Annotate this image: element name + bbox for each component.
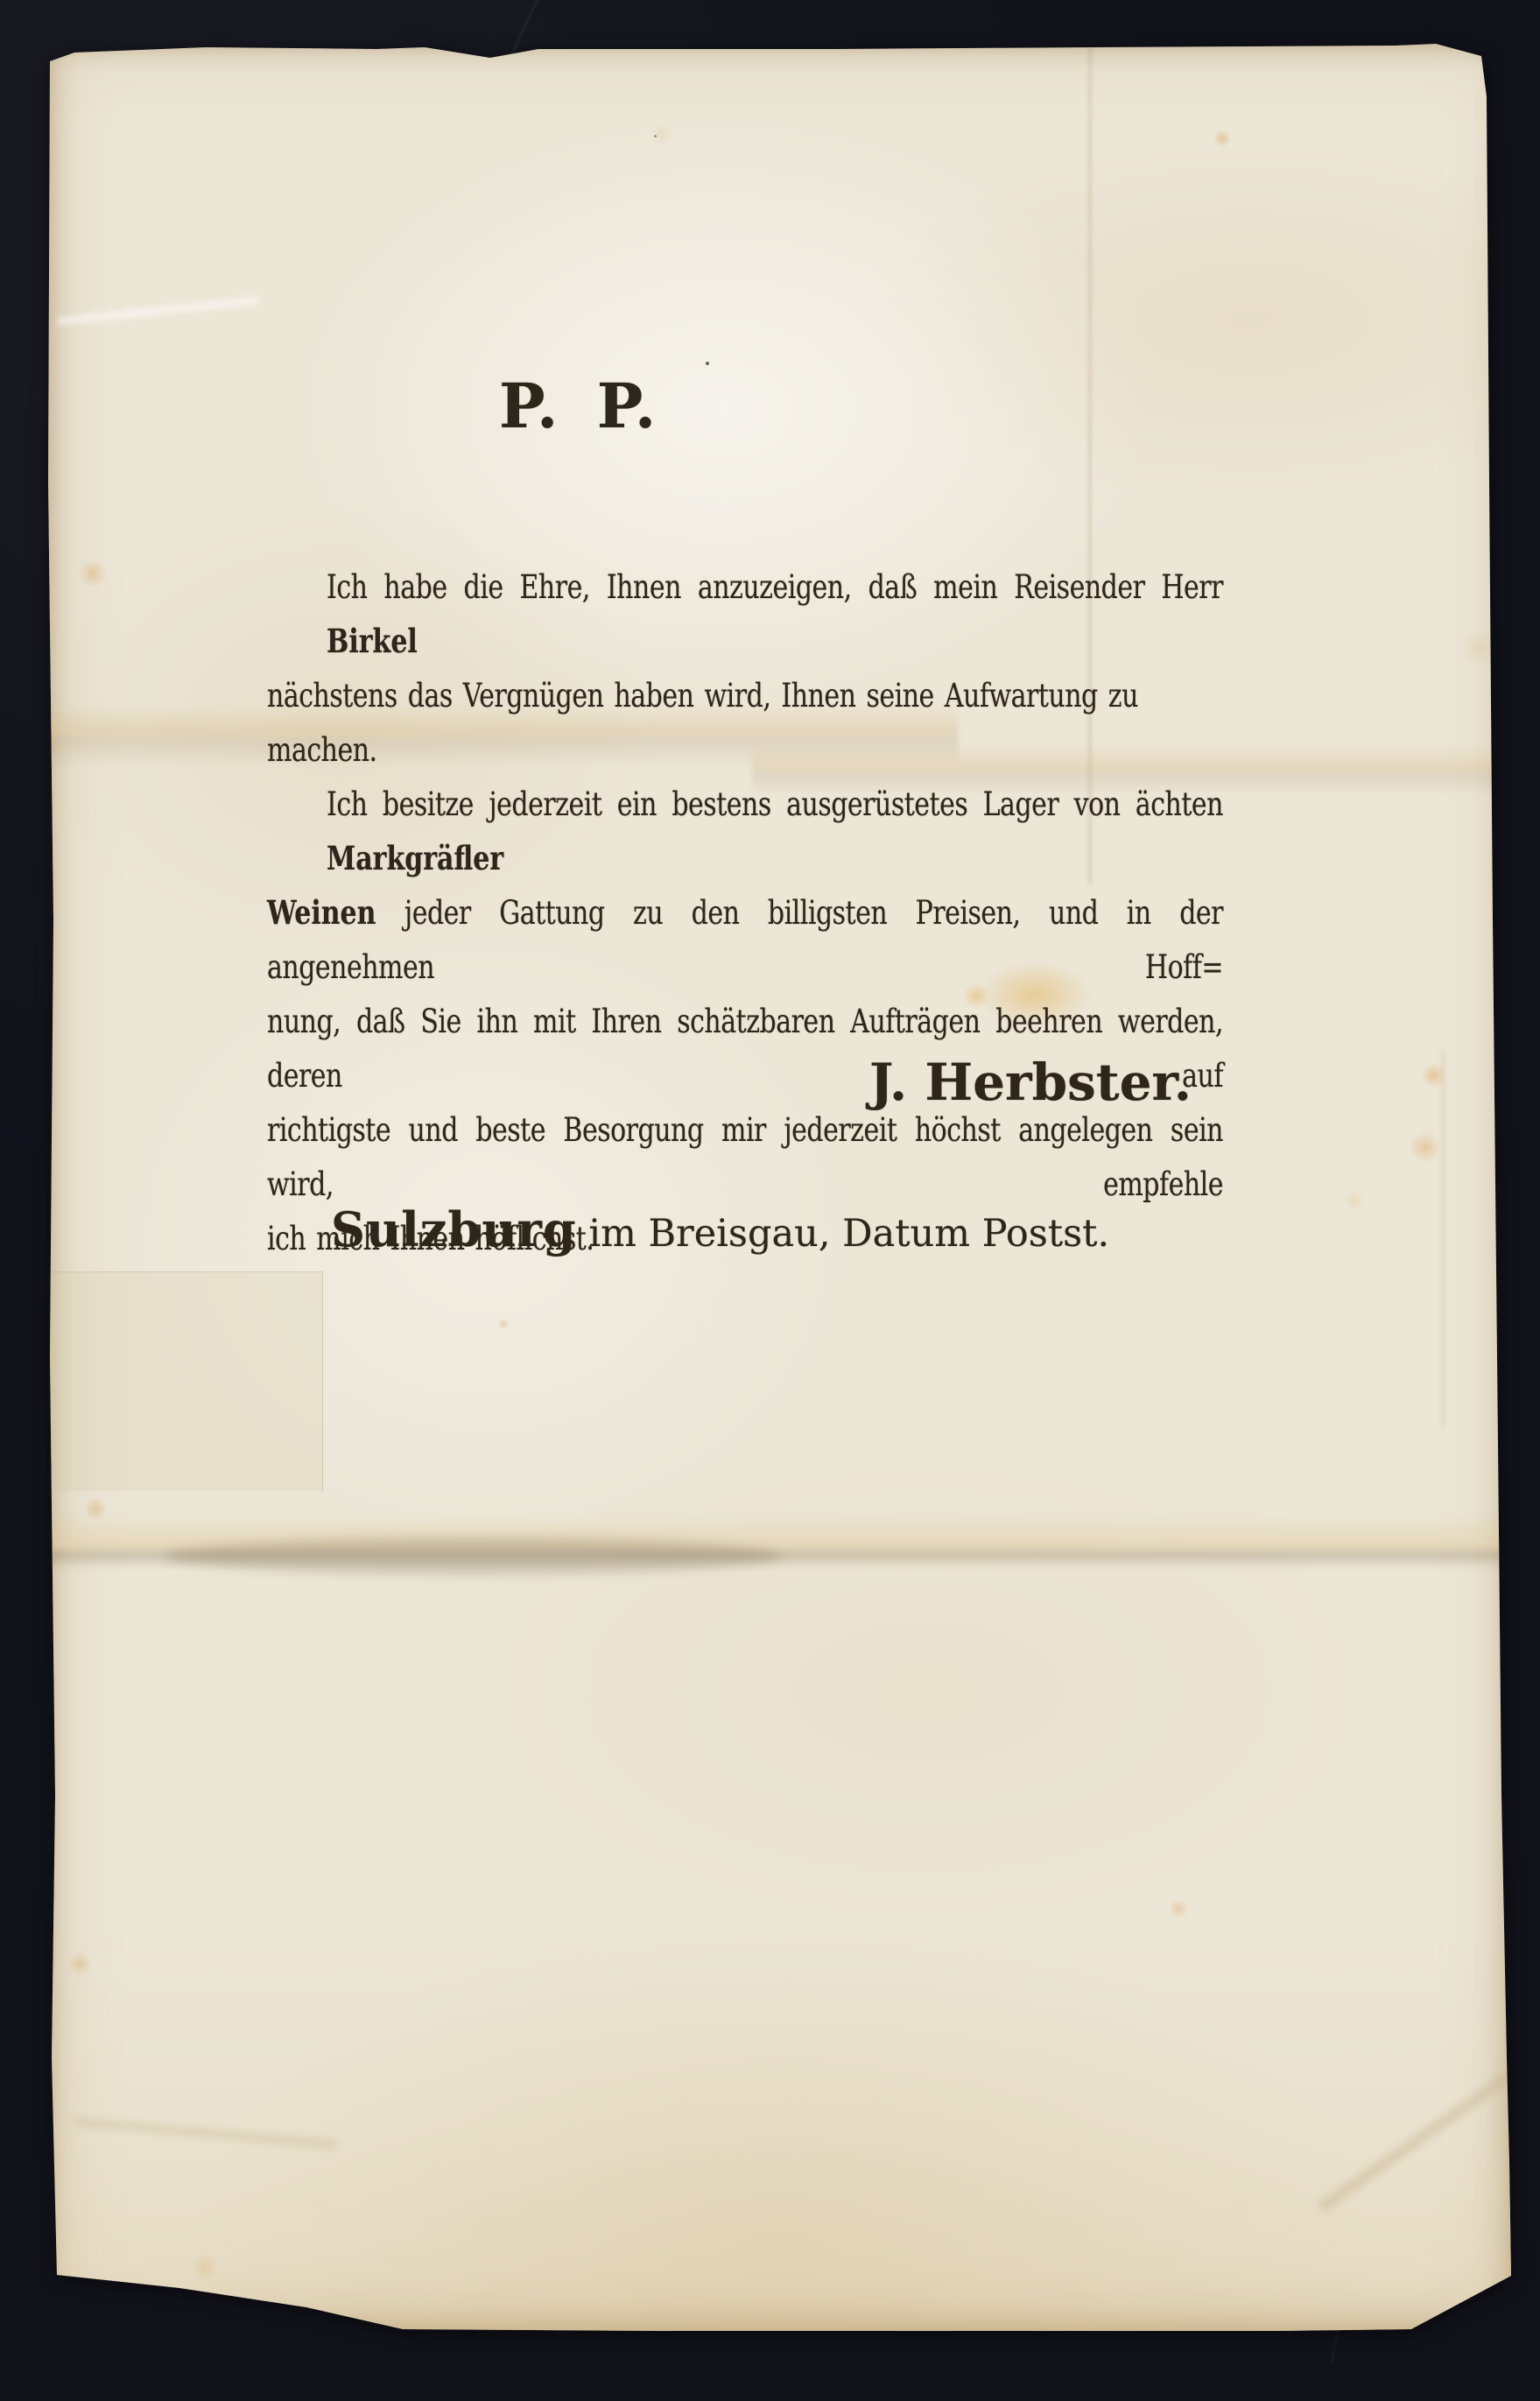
tape-residue-patch [48, 1271, 323, 1491]
stain-spot [1168, 1899, 1189, 1919]
body-line: Ich besitze jederzeit ein bestens ausger… [267, 778, 1223, 887]
wrinkle-shadow [74, 2116, 337, 2150]
salutation-text: P. P. [499, 370, 657, 442]
stain-spot [1409, 1131, 1442, 1163]
body-line: richtigste und beste Besorgung mir jeder… [267, 1104, 1223, 1213]
letter-sheet-wrapper: P. P. Ich habe die Ehre, Ihnen anzuzeige… [48, 44, 1515, 2334]
dateline-place: Sulzburg [331, 1201, 577, 1257]
fold-crease-shadow [165, 1538, 782, 1574]
stain-spot [1213, 130, 1232, 147]
letter-sheet: P. P. Ich habe die Ehre, Ihnen anzuzeige… [48, 44, 1515, 2334]
stain-spot [650, 124, 673, 145]
corner-fold-shadow [1317, 2073, 1510, 2214]
stain-spot [83, 1497, 108, 1520]
body-text: Ich habe die Ehre, Ihnen anzuzeigen, daß… [267, 561, 1223, 1267]
stain-spot [1421, 1063, 1447, 1088]
paper-speck [654, 135, 657, 137]
wrinkle-highlight [57, 296, 258, 326]
stain-spot [1344, 1191, 1365, 1210]
stain-spot [78, 560, 108, 588]
stain-spot [497, 1319, 510, 1330]
dateline-rest: im Breisgau, Datum Postst. [577, 1212, 1109, 1256]
paper-speck [706, 362, 709, 365]
fold-crease [48, 1513, 1515, 1585]
dateline-text: Sulzburg im Breisgau, Datum Postst. [331, 1201, 1109, 1257]
stain-spot [1459, 629, 1500, 667]
stain-spot [190, 2254, 220, 2280]
stain-spot [67, 1953, 92, 1975]
signature-text: J. Herbster. [869, 1053, 1192, 1112]
body-line: Weinen jeder Gattung zu den billigsten P… [267, 887, 1223, 996]
body-line: Ich habe die Ehre, Ihnen anzuzeigen, daß… [267, 561, 1223, 670]
body-line: nächstens das Vergnügen haben wird, Ihne… [267, 670, 1223, 778]
vertical-crease [1442, 1051, 1445, 1427]
